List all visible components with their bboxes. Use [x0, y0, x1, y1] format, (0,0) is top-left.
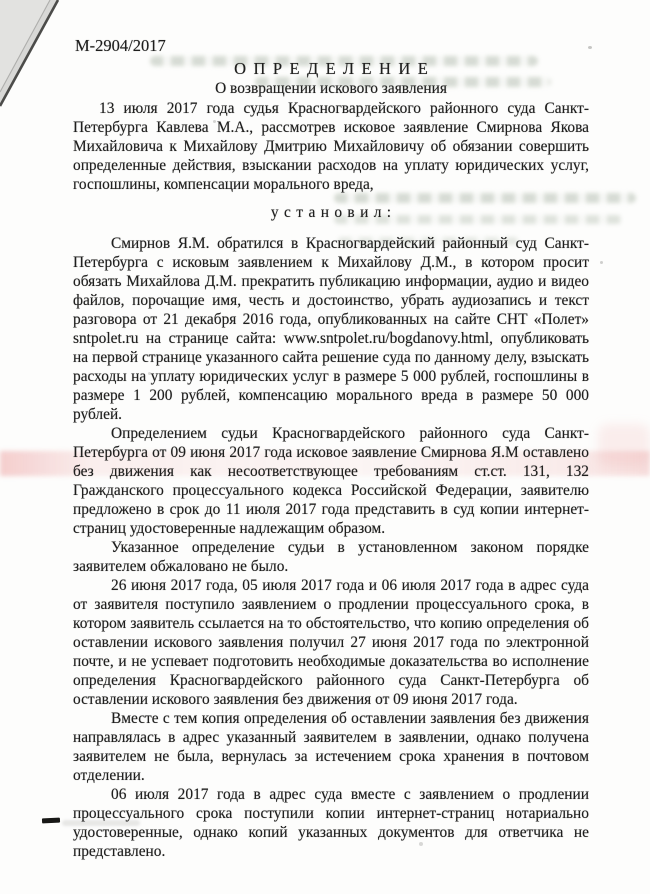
court-determination-text: М-2904/2017 ОПРЕДЕЛЕНИЕ О возвращении ис… — [73, 36, 589, 861]
page-corner-fold-artifact — [0, 0, 72, 118]
document-subtitle: О возвращении искового заявления — [73, 79, 589, 98]
body-paragraph-5: Вместе с тем копия определения об оставл… — [73, 709, 589, 785]
body-paragraph-3: Указанное определение судьи в установлен… — [73, 538, 589, 576]
case-number: М-2904/2017 — [75, 36, 589, 55]
body-paragraph-4: 26 июня 2017 года, 05 июля 2017 года и 0… — [73, 576, 589, 709]
pink-streak-right-edge — [598, 424, 650, 466]
scan-noise-dot — [600, 261, 603, 264]
body-paragraph-1: Смирнов Я.М. обратился в Красногвардейск… — [73, 234, 589, 424]
document-title: ОПРЕДЕЛЕНИЕ — [73, 59, 589, 78]
body-paragraph-2: Определением судьи Красногвардейского ра… — [73, 424, 589, 538]
preamble-paragraph: 13 июля 2017 года судья Красногвардейско… — [73, 99, 589, 194]
scanned-court-document-page: М-2904/2017 ОПРЕДЕЛЕНИЕ О возвращении ис… — [0, 0, 650, 894]
corner-fold-shape — [0, 0, 72, 118]
ink-speck — [42, 818, 60, 824]
ruling-word: установил: — [73, 203, 589, 222]
body-paragraph-6: 06 июля 2017 года в адрес суда вместе с … — [73, 785, 589, 861]
